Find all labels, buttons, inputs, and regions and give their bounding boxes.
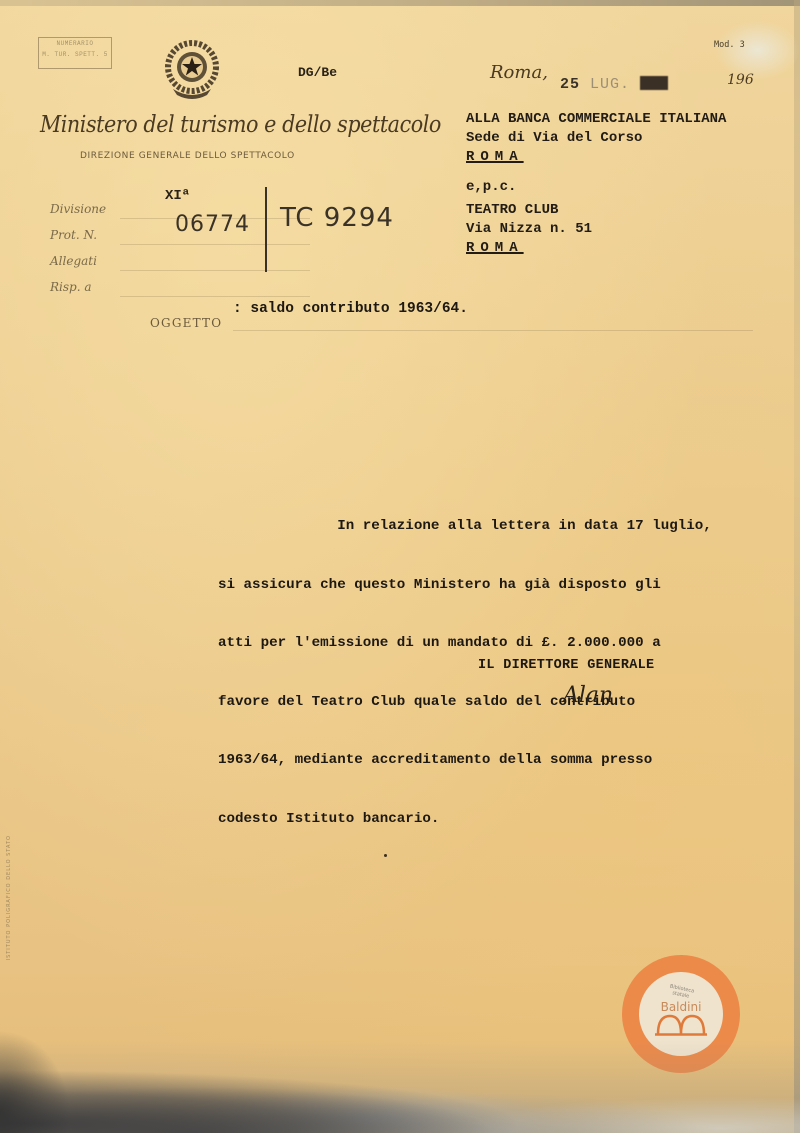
label-divisione: Divisione bbox=[50, 196, 106, 222]
subject-label: OGGETTO bbox=[150, 316, 222, 330]
protocol-ref: DG/Be bbox=[298, 65, 337, 80]
signature-title: IL DIRETTORE GENERALE bbox=[478, 658, 654, 673]
stamp-box-line-2: M. TUR. SPETT. 5 bbox=[39, 49, 111, 60]
date-stamp: 25 LUG. bbox=[560, 76, 668, 93]
date-day: 25 bbox=[560, 76, 580, 93]
body-line: favore del Teatro Club quale saldo del c… bbox=[218, 693, 778, 713]
reference-handwritten: TC 9294 bbox=[280, 203, 394, 233]
scan-edge-right bbox=[794, 0, 800, 1133]
recipient-line: TEATRO CLUB bbox=[466, 201, 592, 220]
light-glare bbox=[715, 20, 800, 80]
library-bb-logo-icon bbox=[655, 1014, 707, 1036]
label-risp: Risp. a bbox=[50, 274, 106, 300]
scan-damage-left bbox=[0, 1030, 70, 1133]
body-line: si assicura che questo Ministero ha già … bbox=[218, 576, 778, 596]
field-rule bbox=[120, 244, 310, 245]
date-month: LUG. bbox=[590, 76, 630, 93]
form-number: Mod. 3 bbox=[714, 40, 745, 50]
body-line: 1963/64, mediante accreditamento della s… bbox=[218, 751, 778, 771]
recipient-city: ROMA bbox=[466, 148, 726, 167]
label-prot: Prot. N. bbox=[50, 222, 106, 248]
protocol-handwritten: 06774 bbox=[175, 212, 250, 237]
body-line: codesto Istituto bancario. bbox=[218, 810, 778, 830]
recipient-line: ALLA BANCA COMMERCIALE ITALIANA bbox=[466, 110, 726, 129]
recipient-line: Sede di Via del Corso bbox=[466, 129, 726, 148]
handwritten-divider bbox=[265, 187, 267, 272]
library-small-text: Biblioteca statale bbox=[668, 984, 695, 1001]
handwritten-signature: Alan bbox=[563, 683, 613, 708]
stamp-box-line-1: NUMERARIO bbox=[39, 38, 111, 49]
scan-damage-bottom bbox=[0, 1040, 800, 1133]
library-name: Baldini bbox=[661, 1000, 702, 1014]
recipient-teatro-club: e,p.c. TEATRO CLUB Via Nizza n. 51 ROMA bbox=[466, 178, 592, 258]
side-printer-imprint: ISTITUTO POLIGRAFICO DELLO STATO bbox=[6, 835, 12, 960]
direzione-generale: DIREZIONE GENERALE DELLO SPETTACOLO bbox=[80, 151, 295, 161]
recipient-bank: ALLA BANCA COMMERCIALE ITALIANA Sede di … bbox=[466, 110, 726, 167]
recipient-line: Via Nizza n. 51 bbox=[466, 220, 592, 239]
field-rule bbox=[120, 296, 310, 297]
republic-emblem-icon bbox=[163, 37, 221, 103]
field-rule bbox=[120, 270, 310, 271]
subject-rule bbox=[233, 330, 753, 331]
paper-speck bbox=[384, 854, 387, 857]
division-number: XIª bbox=[165, 188, 190, 204]
margin-field-labels: Divisione Prot. N. Allegati Risp. a bbox=[50, 196, 106, 300]
date-city: Roma, bbox=[490, 62, 548, 83]
label-allegati: Allegati bbox=[50, 248, 106, 274]
ministry-name: Ministero del turismo e dello spettacolo bbox=[40, 112, 441, 138]
body-line: In relazione alla lettera in data 17 lug… bbox=[218, 517, 778, 537]
numerario-stamp-box: NUMERARIO M. TUR. SPETT. 5 bbox=[38, 37, 112, 69]
cc-prefix: e,p.c. bbox=[466, 178, 592, 197]
scan-edge-top bbox=[0, 0, 800, 6]
date-year-blot bbox=[640, 76, 668, 90]
body-line: atti per l'emissione di un mandato di £.… bbox=[218, 634, 778, 654]
subject-text: : saldo contributo 1963/64. bbox=[233, 301, 468, 317]
date-year-prefix: 196 bbox=[727, 72, 754, 88]
recipient-city: ROMA bbox=[466, 239, 592, 258]
